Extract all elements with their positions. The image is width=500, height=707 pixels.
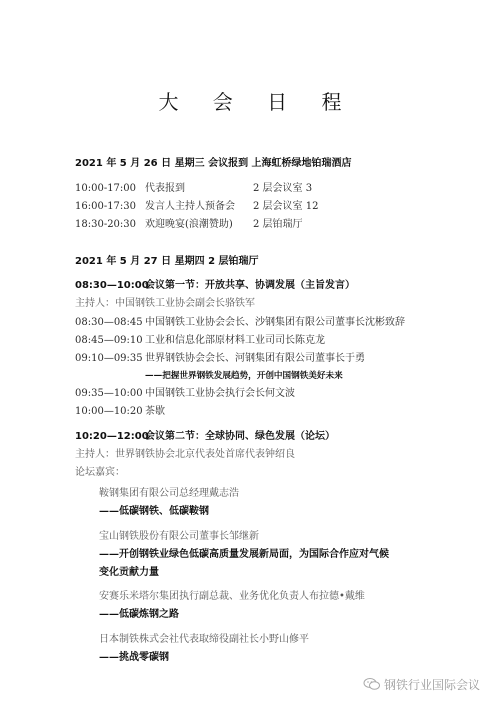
schedule-row: 09:35—10:00中国钢铁工业协会执行会长何文波: [75, 388, 295, 400]
guest-topic-cont: 变化贡献力量: [99, 567, 159, 579]
row-time: 08:30—08:45: [75, 317, 145, 329]
row-break: 茶歇: [145, 406, 165, 417]
guest-topic: ——低碳钢铁、低碳鞍钢: [99, 506, 209, 518]
row-activity: 代表报到: [145, 183, 253, 195]
session2-host: 主持人：世界钢铁协会北京代表处首席代表钟绍良: [75, 449, 295, 461]
row-location: 2 层会议室 12: [253, 201, 318, 212]
guest-name: 鞍钢集团有限公司总经理戴志浩: [99, 488, 239, 500]
row-time: 09:10—09:35: [75, 353, 145, 365]
row-location: 2 层会议室 3: [253, 183, 312, 194]
schedule-row: 09:10—09:35世界钢铁协会会长、河钢集团有限公司董事长于勇: [75, 353, 365, 365]
watermark: 钢铁行业国际会议: [363, 676, 480, 693]
page-title: 大 会 日 程: [0, 86, 500, 115]
session1-title: 会议第一节：开放共享、协调发展（主旨发言）: [145, 280, 355, 291]
schedule-row: 16:00-17:30发言人主持人预备会2 层会议室 12: [75, 201, 318, 213]
session2-time: 10:20—12:00: [75, 431, 145, 443]
row-time: 16:00-17:30: [75, 201, 145, 213]
guest-name: 安赛乐米塔尔集团执行副总裁、业务优化负责人布拉德•戴维: [99, 591, 365, 603]
row-time: 10:00-17:00: [75, 183, 145, 195]
guests-label: 论坛嘉宾：: [75, 467, 125, 479]
guest-name: 日本制铁株式会社代表取缔役副社长小野山修平: [99, 634, 309, 646]
row-time: 08:45—09:10: [75, 335, 145, 347]
row-time: 18:30-20:30: [75, 219, 145, 231]
schedule-row: 18:30-20:30欢迎晚宴(浪潮赞助)2 层铂瑞厅: [75, 219, 303, 231]
speech-topic: ——把握世界钢铁发展趋势，开创中国钢铁美好未来: [145, 370, 343, 382]
row-speaker: 中国钢铁工业协会会长、沙钢集团有限公司董事长沈彬致辞: [145, 317, 405, 328]
day1-header: 2021 年 5 月 26 日 星期三 会议报到 上海虹桥绿地铂瑞酒店: [75, 158, 352, 170]
row-activity: 发言人主持人预备会: [145, 201, 253, 213]
schedule-row: 08:45—09:10工业和信息化部原材料工业司司长陈克龙: [75, 335, 325, 347]
row-time: 10:00—10:20: [75, 406, 145, 418]
session2-header: 10:20—12:00会议第二节：全球协同、绿色发展（论坛）: [75, 431, 335, 443]
guest-topic: ——挑战零碳钢: [99, 652, 169, 664]
session1-header: 08:30—10:00会议第一节：开放共享、协调发展（主旨发言）: [75, 280, 355, 292]
schedule-row: 08:30—08:45中国钢铁工业协会会长、沙钢集团有限公司董事长沈彬致辞: [75, 317, 405, 329]
schedule-row: 10:00-17:00代表报到2 层会议室 3: [75, 183, 312, 195]
session1-host: 主持人：中国钢铁工业协会副会长骆铁军: [75, 298, 255, 310]
guest-name: 宝山钢铁股份有限公司董事长邹继新: [99, 531, 259, 543]
guest-topic: ——开创钢铁业绿色低碳高质量发展新局面，为国际合作应对气候: [99, 549, 389, 561]
row-activity: 欢迎晚宴(浪潮赞助): [145, 219, 253, 231]
watermark-text: 钢铁行业国际会议: [384, 678, 480, 692]
row-speaker: 中国钢铁工业协会执行会长何文波: [145, 388, 295, 399]
wechat-icon: [363, 678, 381, 690]
row-location: 2 层铂瑞厅: [253, 219, 303, 230]
schedule-row: 10:00—10:20茶歇: [75, 406, 165, 418]
session1-time: 08:30—10:00: [75, 280, 145, 292]
day2-header: 2021 年 5 月 27 日 星期四 2 层铂瑞厅: [75, 256, 259, 268]
guest-topic: ——低碳炼钢之路: [99, 609, 179, 621]
row-time: 09:35—10:00: [75, 388, 145, 400]
session2-title: 会议第二节：全球协同、绿色发展（论坛）: [145, 431, 335, 442]
row-speaker: 工业和信息化部原材料工业司司长陈克龙: [145, 335, 325, 346]
row-speaker: 世界钢铁协会会长、河钢集团有限公司董事长于勇: [145, 353, 365, 364]
